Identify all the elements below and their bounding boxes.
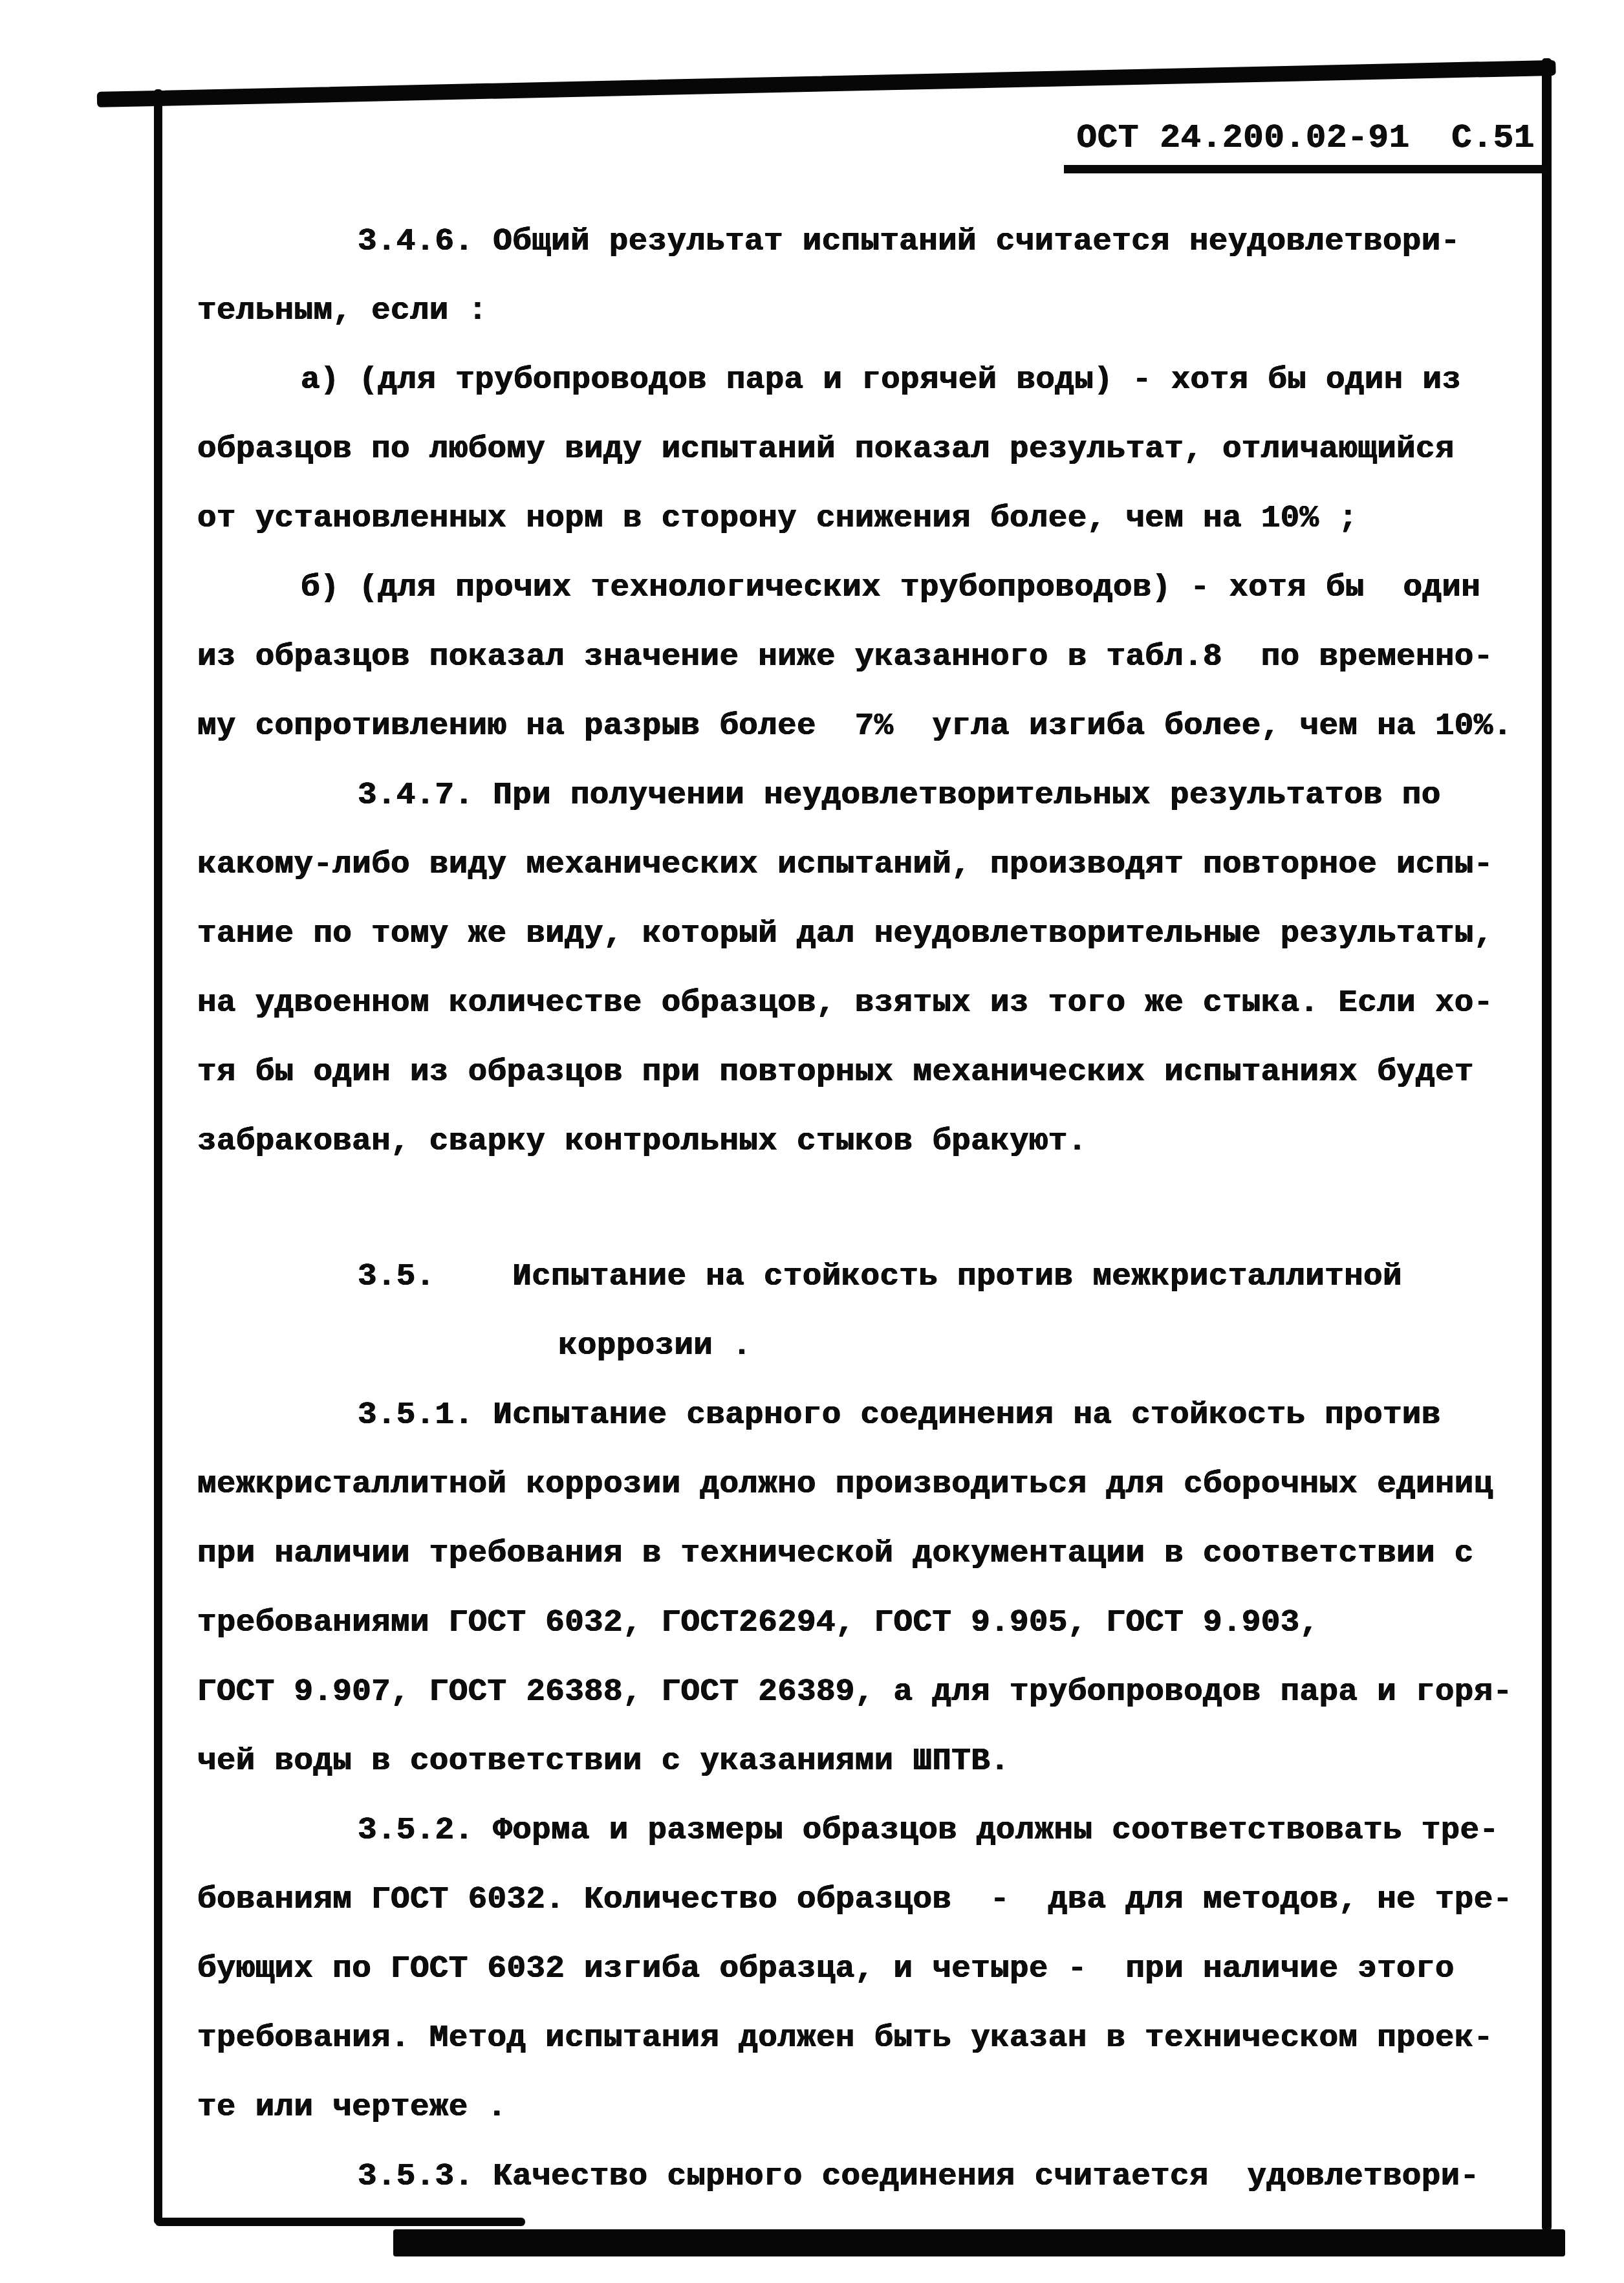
text-line: тя бы один из образцов при повторных мех… bbox=[197, 1054, 1550, 1123]
frame-border-left bbox=[154, 89, 162, 2224]
text-line: образцов по любому виду испытаний показа… bbox=[197, 431, 1550, 500]
text-line: 3.5.3. Качество сырного соединения счита… bbox=[197, 2158, 1550, 2227]
text-line: 3.4.7. При получении неудовлетворительны… bbox=[197, 777, 1550, 846]
section-gap bbox=[197, 1192, 1550, 1258]
frame-border-bottom-thick bbox=[393, 2229, 1565, 2256]
page-header: ОСТ 24.200.02-91 С.51 bbox=[1064, 119, 1548, 173]
text-line: на удвоенном количестве образцов, взятых… bbox=[197, 985, 1550, 1054]
text-line: 3.5.1. Испытание сварного соединения на … bbox=[197, 1397, 1550, 1466]
scanned-document-page: ОСТ 24.200.02-91 С.51 3.4.6. Общий резул… bbox=[0, 0, 1624, 2283]
text-line: бующих по ГОСТ 6032 изгиба образца, и че… bbox=[197, 1950, 1550, 2020]
text-line: 3.5. Испытание на стойкость против межкр… bbox=[197, 1258, 1550, 1327]
text-line: при наличии требования в технической док… bbox=[197, 1535, 1550, 1604]
text-line: 3.5.2. Форма и размеры образцов должны с… bbox=[197, 1812, 1550, 1881]
text-line: му сопротивлению на разрыв более 7% угла… bbox=[197, 708, 1550, 777]
text-line: тельным, если : bbox=[197, 292, 1550, 362]
text-line: б) (для прочих технологических трубопров… bbox=[197, 569, 1550, 639]
text-line: ГОСТ 9.907, ГОСТ 26388, ГОСТ 26389, а дл… bbox=[197, 1674, 1550, 1743]
frame-border-top bbox=[97, 60, 1556, 107]
text-line: межкристаллитной коррозии должно произво… bbox=[197, 1466, 1550, 1535]
text-line: коррозии . bbox=[197, 1327, 1550, 1397]
text-line: какому-либо виду механических испытаний,… bbox=[197, 846, 1550, 915]
text-line: тание по тому же виду, который дал неудо… bbox=[197, 915, 1550, 985]
document-text: 3.4.6. Общий результат испытаний считает… bbox=[197, 223, 1550, 2227]
text-line: чей воды в соответствии с указаниями ШПТ… bbox=[197, 1743, 1550, 1812]
text-line: забракован, сварку контрольных стыков бр… bbox=[197, 1123, 1550, 1192]
text-line: от установленных норм в сторону снижения… bbox=[197, 500, 1550, 569]
text-line: из образцов показал значение ниже указан… bbox=[197, 639, 1550, 708]
text-line: 3.4.6. Общий результат испытаний считает… bbox=[197, 223, 1550, 292]
text-line: а) (для трубопроводов пара и горячей вод… bbox=[197, 362, 1550, 431]
text-line: те или чертеже . bbox=[197, 2089, 1550, 2158]
text-line: требованиями ГОСТ 6032, ГОСТ26294, ГОСТ … bbox=[197, 1604, 1550, 1674]
text-line: требования. Метод испытания должен быть … bbox=[197, 2020, 1550, 2089]
text-line: бованиям ГОСТ 6032. Количество образцов … bbox=[197, 1881, 1550, 1950]
